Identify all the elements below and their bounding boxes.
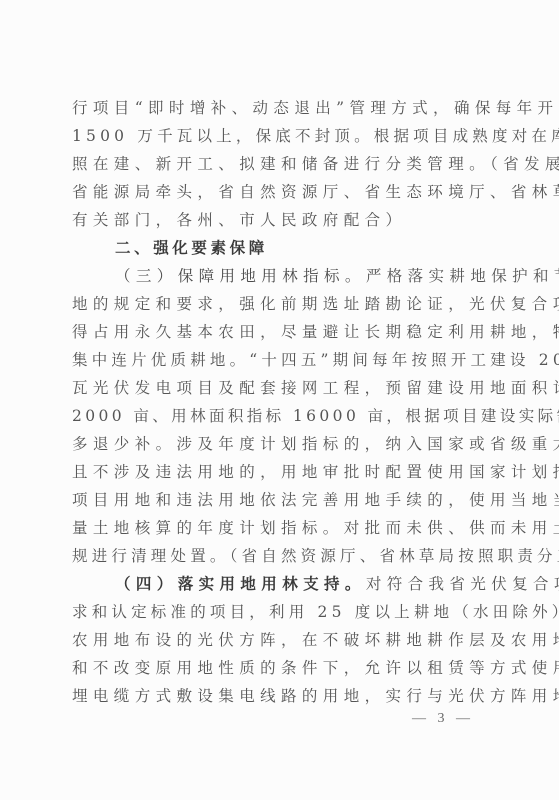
item-3-first-line-text: 严格落实耕地保护和节约集约用 [366, 267, 559, 285]
paragraph-line: 照在建、新开工、拟建和储备进行分类管理。（省发展改革委、 [72, 150, 492, 178]
paragraph-line: 1500 万千瓦以上，保底不封顶。根据项目成熟度对在库项目按 [72, 122, 492, 150]
paragraph-line: 量土地核算的年度计划指标。对批而未供、供而未用土地依法依 [72, 514, 492, 542]
paragraph-line: 多退少补。涉及年度计划指标的，纳入国家或省级重大项目清单 [72, 430, 492, 458]
paragraph-line: 农用地布设的光伏方阵，在不破坏耕地耕作层及农用地生产条件 [72, 626, 492, 654]
paragraph-line: 和不改变原用地性质的条件下，允许以租赁等方式使用；采用直 [72, 654, 492, 682]
paragraph-line: 集中连片优质耕地。“十四五”期间每年按照开工建设 2000 万千 [72, 346, 492, 374]
item-3-title: （三）保障用地用林指标。 [115, 267, 366, 285]
paragraph-line: 求和认定标准的项目，利用 25 度以上耕地（水田除外）或其他 [72, 598, 492, 626]
section-heading: 二、强化要素保障 [72, 234, 492, 262]
paragraph-line: 瓦光伏发电项目及配套接网工程，预留建设用地面积计划指标 [72, 374, 492, 402]
item-4-first-line: （四）落实用地用林支持。对符合我省光伏复合项目建设要 [72, 570, 492, 598]
paragraph-line: 且不涉及违法用地的，用地审批时配置使用国家计划指标；其他 [72, 458, 492, 486]
paragraph-line: 埋电缆方式敷设集电线路的用地，实行与光伏方阵用地同样的管 [72, 682, 492, 710]
paragraph-line: 省能源局牵头，省自然资源厅、省生态环境厅、省林草局等省直 [72, 178, 492, 206]
paragraph-line: 项目用地和违法用地依法完善用地手续的，使用当地当年处置存 [72, 486, 492, 514]
paragraph-line: 得占用永久基本农田，尽量避让长期稳定利用耕地，特别是坝区 [72, 318, 492, 346]
paragraph-line: 有关部门，各州、市人民政府配合） [72, 206, 492, 234]
item-3-first-line: （三）保障用地用林指标。严格落实耕地保护和节约集约用 [72, 262, 492, 290]
paragraph-line: 2000 亩、用林面积指标 16000 亩，根据项目建设实际需求保障， [72, 402, 492, 430]
document-page: 行项目“即时增补、动态退出”管理方式，确保每年开发规模 1500 万千瓦以上，保… [0, 0, 559, 800]
item-4-title: （四）落实用地用林支持。 [115, 574, 366, 593]
item-4-first-line-text: 对符合我省光伏复合项目建设要 [366, 575, 559, 593]
paragraph-line: 规进行清理处置。（省自然资源厅、省林草局按照职责分工负责） [72, 542, 492, 570]
document-body: 行项目“即时增补、动态退出”管理方式，确保每年开发规模 1500 万千瓦以上，保… [72, 94, 492, 710]
paragraph-line: 地的规定和要求，强化前期选址踏勘论证，光伏复合项目用地不 [72, 290, 492, 318]
paragraph-line: 行项目“即时增补、动态退出”管理方式，确保每年开发规模 [72, 94, 492, 122]
page-number: — 3 — [412, 711, 474, 727]
